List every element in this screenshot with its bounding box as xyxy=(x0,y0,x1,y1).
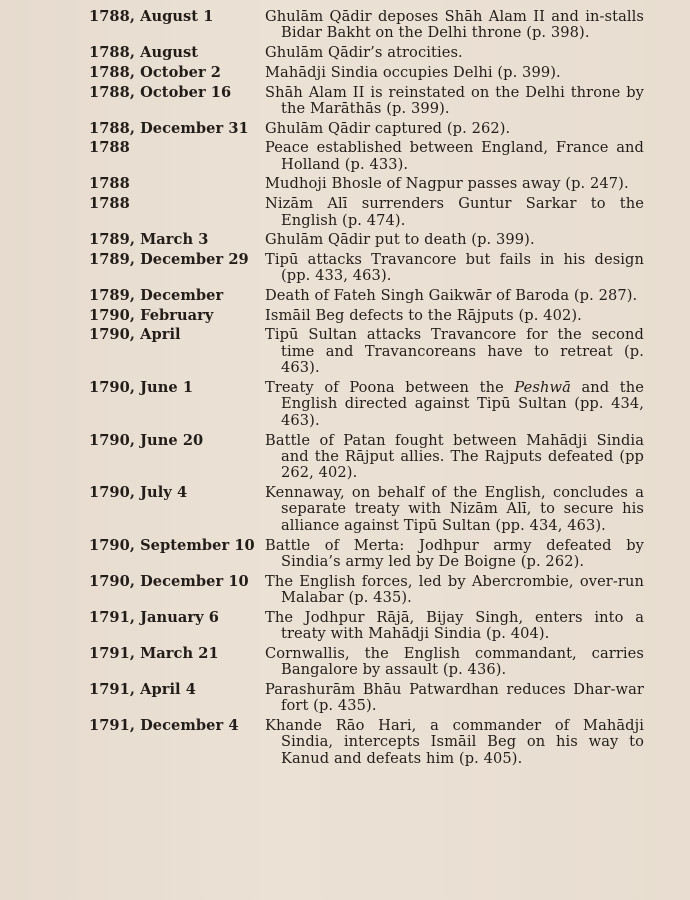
entry-date: 1790, September 10 xyxy=(89,538,265,554)
entry-event: Battle of Merta: Jodhpur army defeated b… xyxy=(265,538,644,571)
entry-date: 1788, October 16 xyxy=(89,85,265,101)
entry-event: Mudhoji Bhosle of Nagpur passes away (p.… xyxy=(265,176,644,192)
chronology-entry: 1788 Peace established between England, … xyxy=(89,140,644,176)
entry-date: 1791, April 4 xyxy=(89,682,265,698)
chronology-entry: 1790, December 10 The English forces, le… xyxy=(89,574,644,610)
chronology-entry: 1790, April Tipū Sultan attacks Travanco… xyxy=(89,327,644,380)
entry-date: 1788, December 31 xyxy=(89,121,265,137)
chronology-entry: 1791, March 21 Cornwallis, the English c… xyxy=(89,646,644,682)
chronology-entry: 1791, January 6 The Jodhpur Rājā, Bijay … xyxy=(89,610,644,646)
entry-date: 1788, October 2 xyxy=(89,65,265,81)
entry-date: 1789, March 3 xyxy=(89,232,265,248)
entry-event: Tipū Sultan attacks Travancore for the s… xyxy=(265,327,644,376)
entry-date: 1789, December xyxy=(89,288,265,304)
entry-event: Ghulām Qādir captured (p. 262). xyxy=(265,121,644,137)
entry-event: Nizām Alī surrenders Guntur Sarkar to th… xyxy=(265,196,644,229)
chronology-table: 1788, August 1 Ghulām Qādir deposes Shāh… xyxy=(89,9,644,771)
chronology-entry: 1790, September 10 Battle of Merta: Jodh… xyxy=(89,538,644,574)
entry-date: 1788, August xyxy=(89,45,265,61)
entry-date: 1790, April xyxy=(89,327,265,343)
entry-date: 1790, December 10 xyxy=(89,574,265,590)
entry-event: Kennaway, on behalf of the English, conc… xyxy=(265,485,644,534)
entry-date: 1789, December 29 xyxy=(89,252,265,268)
chronology-entry: 1790, July 4 Kennaway, on behalf of the … xyxy=(89,485,644,538)
entry-event: Death of Fateh Singh Gaikwār of Baroda (… xyxy=(265,288,644,304)
event-text: Treaty of Poona between the xyxy=(265,379,514,396)
chronology-entry: 1791, December 4 Khande Rāo Hari, a comm… xyxy=(89,718,644,771)
entry-date: 1788, August 1 xyxy=(89,9,265,25)
entry-event: The English forces, led by Abercrombie, … xyxy=(265,574,644,607)
chronology-entry: 1788, August Ghulām Qādir’s atrocities. xyxy=(89,45,644,65)
entry-event: Ghulām Qādir’s atrocities. xyxy=(265,45,644,61)
entry-event: Battle of Patan fought between Mahādji S… xyxy=(265,433,644,482)
entry-event: Ismāil Beg defects to the Rājputs (p. 40… xyxy=(265,308,644,324)
entry-date: 1790, June 1 xyxy=(89,380,265,396)
entry-date: 1791, December 4 xyxy=(89,718,265,734)
entry-date: 1788 xyxy=(89,196,265,212)
entry-date: 1790, June 20 xyxy=(89,433,265,449)
entry-date: 1788 xyxy=(89,176,265,192)
chronology-entry: 1790, June 1 Treaty of Poona between the… xyxy=(89,380,644,433)
chronology-entry: 1789, March 3 Ghulām Qādir put to death … xyxy=(89,232,644,252)
book-page: 1788, August 1 Ghulām Qādir deposes Shāh… xyxy=(0,0,690,900)
chronology-entry: 1789, December 29 Tipū attacks Travancor… xyxy=(89,252,644,288)
chronology-entry: 1791, April 4 Parashurām Bhāu Patwardhan… xyxy=(89,682,644,718)
chronology-entry: 1788, October 16 Shāh Alam II is reinsta… xyxy=(89,85,644,121)
chronology-entry: 1788, August 1 Ghulām Qādir deposes Shāh… xyxy=(89,9,644,45)
peshwa-term: Peshwā xyxy=(514,379,570,396)
chronology-entry: 1790, February Ismāil Beg defects to the… xyxy=(89,308,644,328)
entry-event: Khande Rāo Hari, a commander of Mahādji … xyxy=(265,718,644,767)
chronology-entry: 1788, October 2 Mahādji Sindia occupies … xyxy=(89,65,644,85)
entry-event: The Jodhpur Rājā, Bijay Singh, enters in… xyxy=(265,610,644,643)
chronology-entry: 1790, June 20 Battle of Patan fought bet… xyxy=(89,433,644,486)
entry-date: 1791, March 21 xyxy=(89,646,265,662)
chronology-entry: 1789, December Death of Fateh Singh Gaik… xyxy=(89,288,644,308)
entry-event: Cornwallis, the English commandant, carr… xyxy=(265,646,644,679)
entry-event: Shāh Alam II is reinstated on the Delhi … xyxy=(265,85,644,118)
entry-event: Peace established between England, Franc… xyxy=(265,140,644,173)
entry-event: Tipū attacks Travancore but fails in his… xyxy=(265,252,644,285)
chronology-entry: 1788 Mudhoji Bhosle of Nagpur passes awa… xyxy=(89,176,644,196)
entry-date: 1790, February xyxy=(89,308,265,324)
entry-date: 1788 xyxy=(89,140,265,156)
entry-event: Ghulām Qādir deposes Shāh Alam II and in… xyxy=(265,9,644,42)
chronology-entry: 1788 Nizām Alī surrenders Guntur Sarkar … xyxy=(89,196,644,232)
entry-event: Treaty of Poona between the Peshwā and t… xyxy=(265,380,644,429)
entry-event: Ghulām Qādir put to death (p. 399). xyxy=(265,232,644,248)
entry-date: 1790, July 4 xyxy=(89,485,265,501)
entry-event: Mahādji Sindia occupies Delhi (p. 399). xyxy=(265,65,644,81)
chronology-entry: 1788, December 31 Ghulām Qādir captured … xyxy=(89,121,644,141)
entry-date: 1791, January 6 xyxy=(89,610,265,626)
entry-event: Parashurām Bhāu Patwardhan reduces Dhar-… xyxy=(265,682,644,715)
